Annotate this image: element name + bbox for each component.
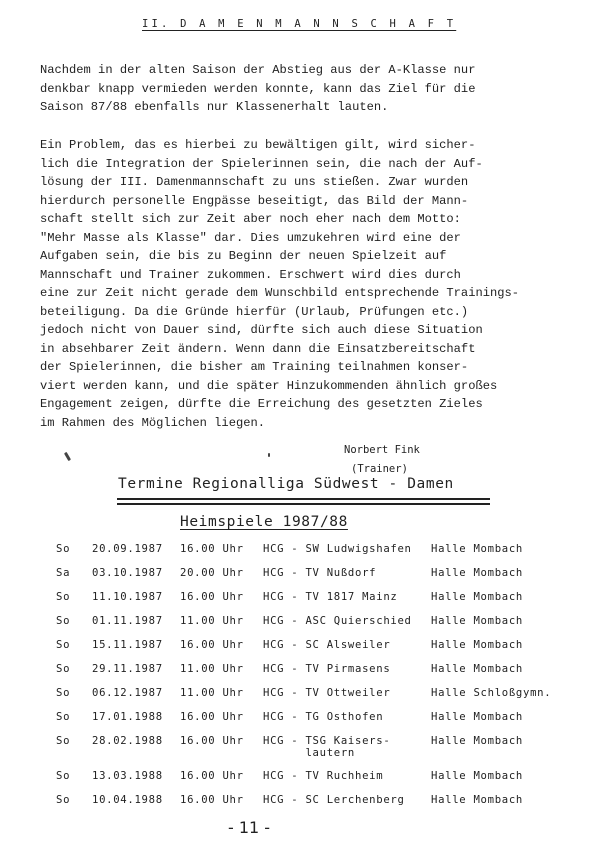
day-cell: So bbox=[56, 663, 70, 675]
date-cell: 20.09.1987 bbox=[92, 543, 163, 555]
match-cell: HCG - ASC Quierschied bbox=[263, 615, 412, 627]
table-row: Sa03.10.198720.00 UhrHCG - TV NußdorfHal… bbox=[56, 567, 596, 591]
date-cell: 11.10.1987 bbox=[92, 591, 163, 603]
day-cell: So bbox=[56, 794, 70, 806]
time-cell: 16.00 Uhr bbox=[180, 794, 244, 806]
date-cell: 29.11.1987 bbox=[92, 663, 163, 675]
day-cell: So bbox=[56, 711, 70, 723]
table-row: So15.11.198716.00 UhrHCG - SC AlsweilerH… bbox=[56, 639, 596, 663]
match-cell: HCG - SC Alsweiler bbox=[263, 639, 390, 651]
day-cell: So bbox=[56, 591, 70, 603]
scan-mark bbox=[268, 453, 270, 457]
match-cell: HCG - TV Ottweiler bbox=[263, 687, 390, 699]
table-row: So11.10.198716.00 UhrHCG - TV 1817 Mainz… bbox=[56, 591, 596, 615]
time-cell: 11.00 Uhr bbox=[180, 663, 244, 675]
date-cell: 28.02.1988 bbox=[92, 735, 163, 747]
day-cell: So bbox=[56, 615, 70, 627]
title-underline-2 bbox=[117, 503, 490, 505]
day-cell: So bbox=[56, 543, 70, 555]
day-cell: So bbox=[56, 687, 70, 699]
date-cell: 06.12.1987 bbox=[92, 687, 163, 699]
time-cell: 11.00 Uhr bbox=[180, 687, 244, 699]
day-cell: So bbox=[56, 770, 70, 782]
match-cell: HCG - TV Nußdorf bbox=[263, 567, 376, 579]
time-cell: 16.00 Uhr bbox=[180, 711, 244, 723]
match-cell: HCG - TSG Kaisers- bbox=[263, 735, 390, 747]
scan-mark bbox=[64, 452, 71, 461]
venue-cell: Halle Mombach bbox=[431, 591, 523, 603]
date-cell: 13.03.1988 bbox=[92, 770, 163, 782]
section-heading: II. D A M E N M A N N S C H A F T bbox=[142, 18, 456, 30]
match-cell: HCG - TV Ruchheim bbox=[263, 770, 383, 782]
day-cell: Sa bbox=[56, 567, 70, 579]
table-row: So17.01.198816.00 UhrHCG - TG OsthofenHa… bbox=[56, 711, 596, 735]
date-cell: 10.04.1988 bbox=[92, 794, 163, 806]
date-cell: 15.11.1987 bbox=[92, 639, 163, 651]
date-cell: 17.01.1988 bbox=[92, 711, 163, 723]
table-row: So06.12.198711.00 UhrHCG - TV OttweilerH… bbox=[56, 687, 596, 711]
table-row: So29.11.198711.00 UhrHCG - TV PirmasensH… bbox=[56, 663, 596, 687]
signature-name: Norbert Fink bbox=[344, 444, 420, 456]
body-paragraph: Ein Problem, das es hierbei zu bewältige… bbox=[40, 136, 560, 432]
match-cell: HCG - TG Osthofen bbox=[263, 711, 383, 723]
time-cell: 16.00 Uhr bbox=[180, 591, 244, 603]
time-cell: 11.00 Uhr bbox=[180, 615, 244, 627]
table-row: So28.02.198816.00 UhrHCG - TSG Kaisers-H… bbox=[56, 735, 596, 770]
time-cell: 16.00 Uhr bbox=[180, 770, 244, 782]
table-row: So10.04.198816.00 UhrHCG - SC Lerchenber… bbox=[56, 794, 596, 818]
date-cell: 03.10.1987 bbox=[92, 567, 163, 579]
time-cell: 16.00 Uhr bbox=[180, 735, 244, 747]
intro-paragraph: Nachdem in der alten Saison der Abstieg … bbox=[40, 61, 560, 117]
venue-cell: Halle Mombach bbox=[431, 543, 523, 555]
venue-cell: Halle Mombach bbox=[431, 794, 523, 806]
signature-role: (Trainer) bbox=[351, 463, 408, 475]
title-underline-1 bbox=[117, 498, 490, 500]
schedule-table: So20.09.198716.00 UhrHCG - SW Ludwigshaf… bbox=[56, 543, 596, 818]
time-cell: 16.00 Uhr bbox=[180, 639, 244, 651]
time-cell: 16.00 Uhr bbox=[180, 543, 244, 555]
date-cell: 01.11.1987 bbox=[92, 615, 163, 627]
day-cell: So bbox=[56, 735, 70, 747]
venue-cell: Halle Mombach bbox=[431, 567, 523, 579]
document-page: II. D A M E N M A N N S C H A F T Nachde… bbox=[0, 0, 600, 854]
schedule-title: Termine Regionalliga Südwest - Damen bbox=[118, 476, 490, 492]
match-cell-continuation: lautern bbox=[263, 747, 355, 759]
match-cell: HCG - SW Ludwigshafen bbox=[263, 543, 412, 555]
match-cell: HCG - SC Lerchenberg bbox=[263, 794, 405, 806]
venue-cell: Halle Mombach bbox=[431, 735, 523, 747]
day-cell: So bbox=[56, 639, 70, 651]
venue-cell: Halle Mombach bbox=[431, 639, 523, 651]
venue-cell: Halle Mombach bbox=[431, 711, 523, 723]
page-number: - 11 - bbox=[228, 818, 270, 837]
venue-cell: Halle Mombach bbox=[431, 615, 523, 627]
venue-cell: Halle Mombach bbox=[431, 663, 523, 675]
time-cell: 20.00 Uhr bbox=[180, 567, 244, 579]
venue-cell: Halle Schloßgymn. bbox=[431, 687, 551, 699]
match-cell: HCG - TV 1817 Mainz bbox=[263, 591, 397, 603]
table-row: So13.03.198816.00 UhrHCG - TV RuchheimHa… bbox=[56, 770, 596, 794]
schedule-subtitle: Heimspiele 1987/88 bbox=[180, 514, 348, 530]
venue-cell: Halle Mombach bbox=[431, 770, 523, 782]
table-row: So01.11.198711.00 UhrHCG - ASC Quierschi… bbox=[56, 615, 596, 639]
match-cell: HCG - TV Pirmasens bbox=[263, 663, 390, 675]
table-row: So20.09.198716.00 UhrHCG - SW Ludwigshaf… bbox=[56, 543, 596, 567]
